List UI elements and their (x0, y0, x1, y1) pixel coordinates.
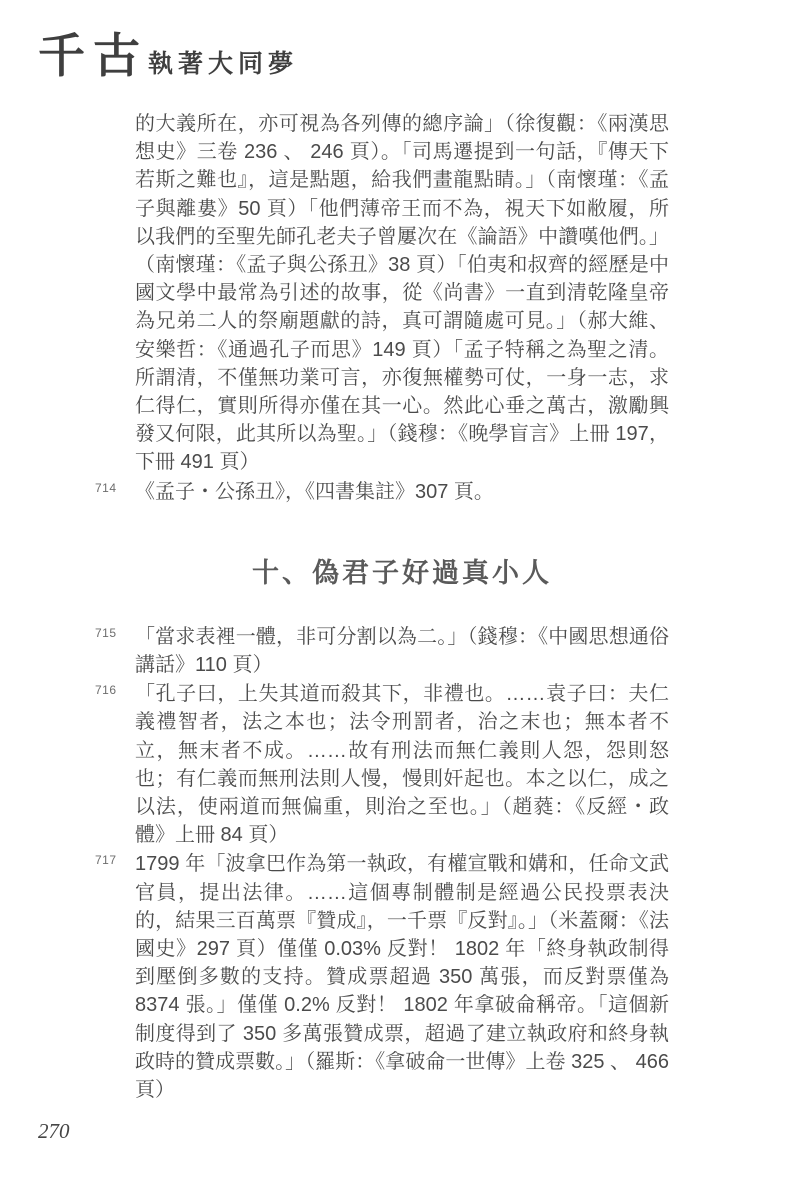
book-title-main: 千古 (38, 34, 148, 81)
footnote-715: 715 「當求表裡一體，非可分割以為二。」（錢穆：《中國思想通俗講話》110 頁… (135, 623, 669, 679)
book-title-sub: 執著大同夢 (148, 52, 298, 81)
footnote-717: 717 1799 年「波拿巴作為第一執政，有權宣戰和媾和，任命文武官員，提出法律… (135, 850, 669, 1104)
footnote-714: 714 《孟子・公孫丑》，《四書集註》307 頁。 (135, 478, 669, 506)
text-column: 的大義所在，亦可視為各列傳的總序論」（徐復觀：《兩漢思想史》三卷 236 、 2… (135, 110, 669, 1104)
continuation-paragraph: 的大義所在，亦可視為各列傳的總序論」（徐復觀：《兩漢思想史》三卷 236 、 2… (135, 110, 669, 477)
footnote-text: 「當求表裡一體，非可分割以為二。」（錢穆：《中國思想通俗講話》110 頁） (135, 623, 669, 679)
book-page: 千古 執著大同夢 的大義所在，亦可視為各列傳的總序論」（徐復觀：《兩漢思想史》三… (0, 0, 800, 1194)
page-number: 270 (38, 1119, 70, 1144)
footnote-text: 1799 年「波拿巴作為第一執政，有權宣戰和媾和，任命文武官員，提出法律。……這… (135, 850, 669, 1104)
footnote-text: 《孟子・公孫丑》，《四書集註》307 頁。 (135, 478, 669, 506)
footnote-number: 714 (95, 474, 117, 502)
footnote-number: 717 (95, 846, 117, 874)
footnote-number: 715 (95, 619, 117, 647)
running-head-book-title: 千古 執著大同夢 (38, 34, 298, 81)
footnote-number: 716 (95, 676, 117, 704)
section-heading: 十、偽君子好過真小人 (135, 555, 669, 591)
footnote-text: 「孔子曰，上失其道而殺其下，非禮也。……袁子曰：夫仁義禮智者，法之本也；法令刑罰… (135, 680, 669, 849)
footnote-716: 716 「孔子曰，上失其道而殺其下，非禮也。……袁子曰：夫仁義禮智者，法之本也；… (135, 680, 669, 849)
